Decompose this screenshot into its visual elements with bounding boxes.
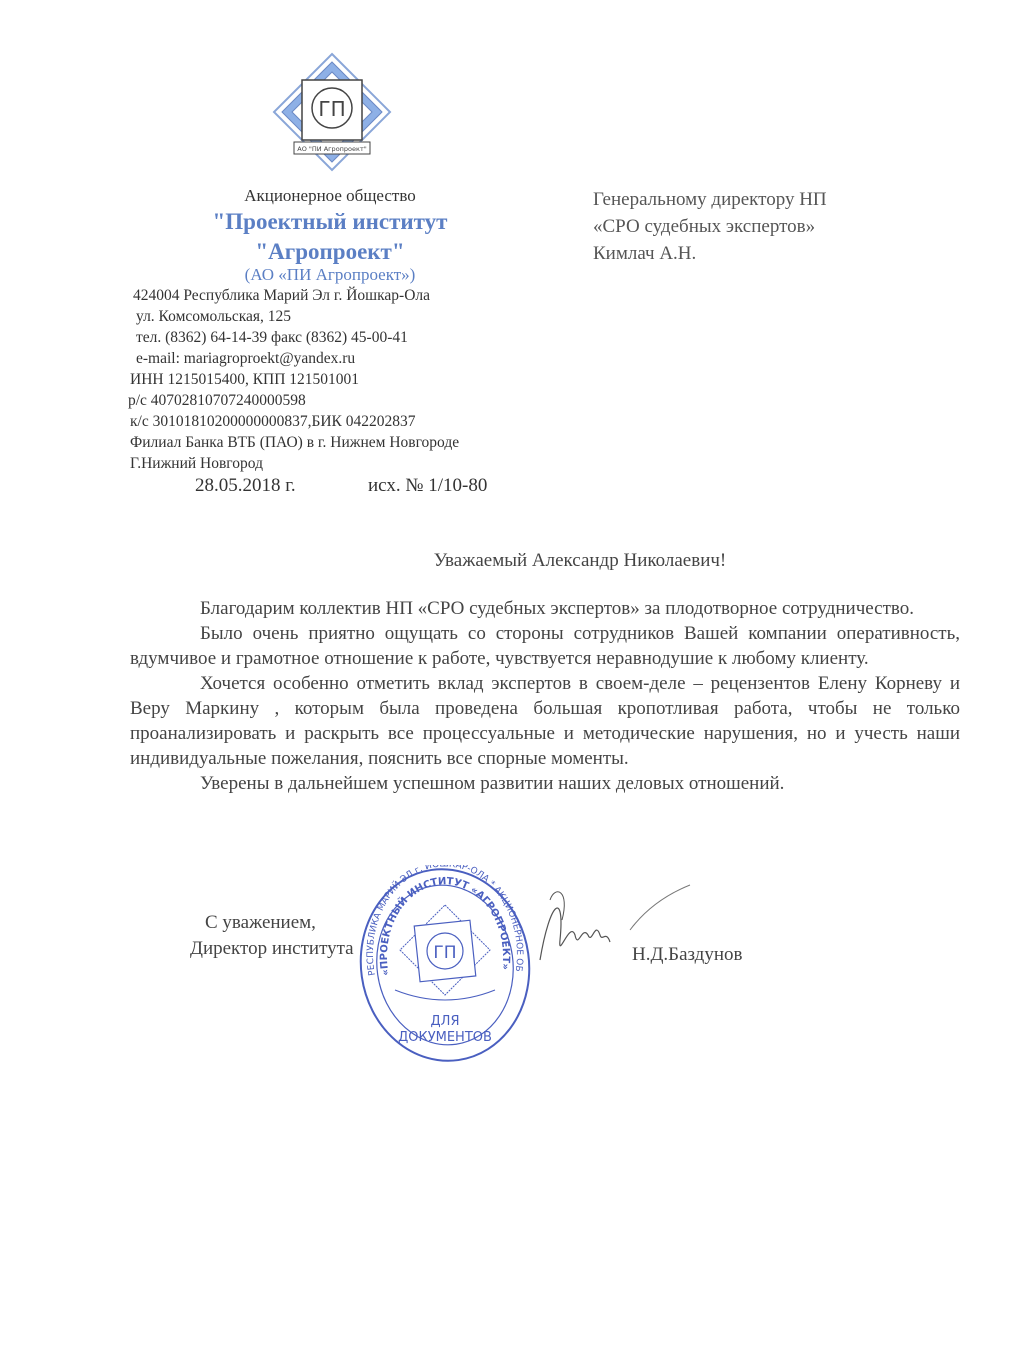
- company-logo: ГП АО "ПИ Агропроект": [272, 52, 392, 172]
- svg-text:ГП: ГП: [318, 97, 345, 121]
- greeting: Уважаемый Александр Николаевич!: [180, 550, 980, 572]
- address-line: 424004 Республика Марий Эл г. Йошкар-Ола: [133, 287, 430, 305]
- org-name-line2: "Агропроект": [170, 237, 490, 267]
- org-name: "Проектный институт "Агропроект": [170, 207, 490, 267]
- settlement-account-line: р/с 40702810707240000598: [128, 392, 306, 410]
- org-type: Акционерное общество: [200, 186, 460, 206]
- inn-kpp-line: ИНН 1215015400, КПП 121501001: [130, 371, 359, 389]
- svg-text:ДЛЯ: ДЛЯ: [431, 1014, 460, 1029]
- org-name-line1: "Проектный институт: [170, 207, 490, 237]
- bank-line: Филиал Банка ВТБ (ПАО) в г. Нижнем Новго…: [130, 434, 459, 452]
- signature-icon: [520, 880, 700, 980]
- recipient-organization: «СРО судебных экспертов»: [593, 213, 827, 240]
- body-paragraph: Было очень приятно ощущать со стороны со…: [130, 621, 960, 671]
- closing-salutation: С уважением,: [205, 910, 354, 936]
- recipient-name: Кимлач А.Н.: [593, 240, 827, 267]
- recipient-position: Генеральному директору НП: [593, 186, 827, 213]
- email-line: e-mail: mariagroproekt@yandex.ru: [136, 350, 355, 368]
- svg-text:ГП: ГП: [433, 943, 456, 963]
- recipient-block: Генеральному директору НП «СРО судебных …: [593, 186, 827, 267]
- letter-body: Благодарим коллектив НП «СРО судебных эк…: [130, 596, 960, 796]
- handwritten-signature: [520, 880, 700, 980]
- letter-date: 28.05.2018 г.: [195, 475, 296, 497]
- correspondent-account-line: к/с 30101810200000000837,БИК 042202837: [130, 413, 416, 431]
- body-paragraph: Благодарим коллектив НП «СРО судебных эк…: [130, 596, 960, 621]
- outgoing-number: исх. № 1/10-80: [368, 475, 487, 497]
- company-stamp: РЕСПУБЛИКА МАРИЙ ЭЛ г. ЙОШКАР-ОЛА * АКЦИ…: [355, 865, 535, 1065]
- svg-text:АО "ПИ Агропроект": АО "ПИ Агропроект": [297, 145, 366, 153]
- phone-fax-line: тел. (8362) 64-14-39 факс (8362) 45-00-4…: [136, 329, 408, 347]
- svg-text:ДОКУМЕНТОВ: ДОКУМЕНТОВ: [398, 1030, 492, 1045]
- signer-position: Директор института: [190, 936, 354, 962]
- logo-emblem-icon: ГП АО "ПИ Агропроект": [272, 52, 392, 172]
- street-line: ул. Комсомольская, 125: [136, 308, 291, 326]
- body-paragraph: Хочется особенно отметить вклад эксперто…: [130, 671, 960, 771]
- closing-block: С уважением, Директор института: [205, 910, 354, 962]
- city-line: Г.Нижний Новгород: [130, 455, 263, 473]
- org-short-name: (АО «ПИ Агропроект»): [190, 265, 470, 285]
- body-paragraph: Уверены в дальнейшем успешном развитии н…: [130, 771, 960, 796]
- seal-icon: РЕСПУБЛИКА МАРИЙ ЭЛ г. ЙОШКАР-ОЛА * АКЦИ…: [355, 865, 535, 1065]
